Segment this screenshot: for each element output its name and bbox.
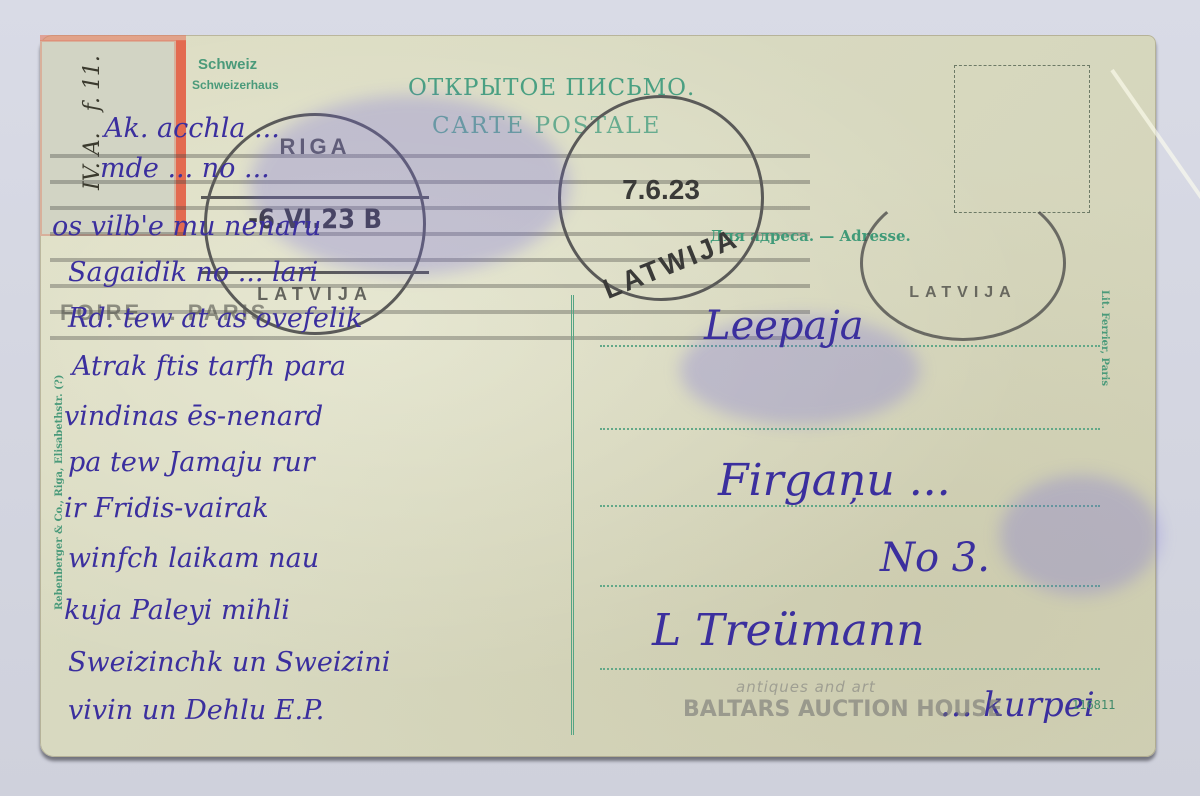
address-number: No 3. [880, 535, 990, 581]
watermark-tagline: antiques and art [736, 678, 876, 696]
postmark-town: LATVIJA [863, 284, 1063, 302]
vertical-divider [571, 295, 574, 735]
publisher-line2: Schweizerhaus [192, 78, 279, 92]
message-line: ir Fridis-vairak [64, 493, 269, 524]
postmark-date: 7.6.23 [561, 174, 761, 206]
message-line: Atrak ftis tarfh para [72, 351, 346, 382]
watermark-brand: BALTARS AUCTION HOUSE [683, 697, 1002, 722]
ink-smudge [1000, 475, 1160, 595]
paper-crease [1110, 69, 1200, 202]
message-line: Ak. acchla ... [104, 113, 280, 144]
address-line [600, 668, 1100, 670]
message-line: kuja Paleyi mihli [64, 595, 290, 626]
message-line: pa tew Jamaju rur [68, 447, 315, 478]
message-line: winfch laikam nau [68, 543, 319, 574]
postcard: IV. A. f. 11. Schweiz Schweizerhaus FOIR… [40, 35, 1156, 757]
message-line: vivin un Dehlu E.P. [68, 695, 324, 726]
ink-smudge [250, 95, 570, 275]
message-line: Rd. tew at as ovefelik [68, 303, 362, 334]
sticker-line2: f. 11. [80, 55, 105, 111]
postmark-latwija: 7.6.23 LATWIJA [558, 95, 764, 301]
address-street: Firgaņu ... [718, 455, 951, 506]
message-line: mde ... no ... [100, 153, 270, 184]
message-line: vindinas ēs-nenard [64, 401, 323, 432]
postmark-town: LATWIJA [582, 215, 761, 312]
serial-number: 116811 [1072, 698, 1115, 712]
address-line [600, 428, 1100, 430]
address-line [600, 585, 1100, 587]
address-city: Leepaja [704, 303, 864, 349]
message-line: Sagaidik no ... lari [68, 257, 318, 288]
sticker-red-border [40, 35, 186, 41]
address-recipient: L Treümann [652, 605, 925, 656]
postmark-arrival: LATVIJA [860, 185, 1066, 341]
message-line: Sweizinchk un Sweizini [68, 647, 390, 678]
publisher-line1: Schweiz [198, 56, 257, 73]
right-margin-imprint: Lit. Ferrier, Paris [1099, 290, 1110, 386]
message-line: os vilb'e mu nenaru [52, 211, 321, 242]
